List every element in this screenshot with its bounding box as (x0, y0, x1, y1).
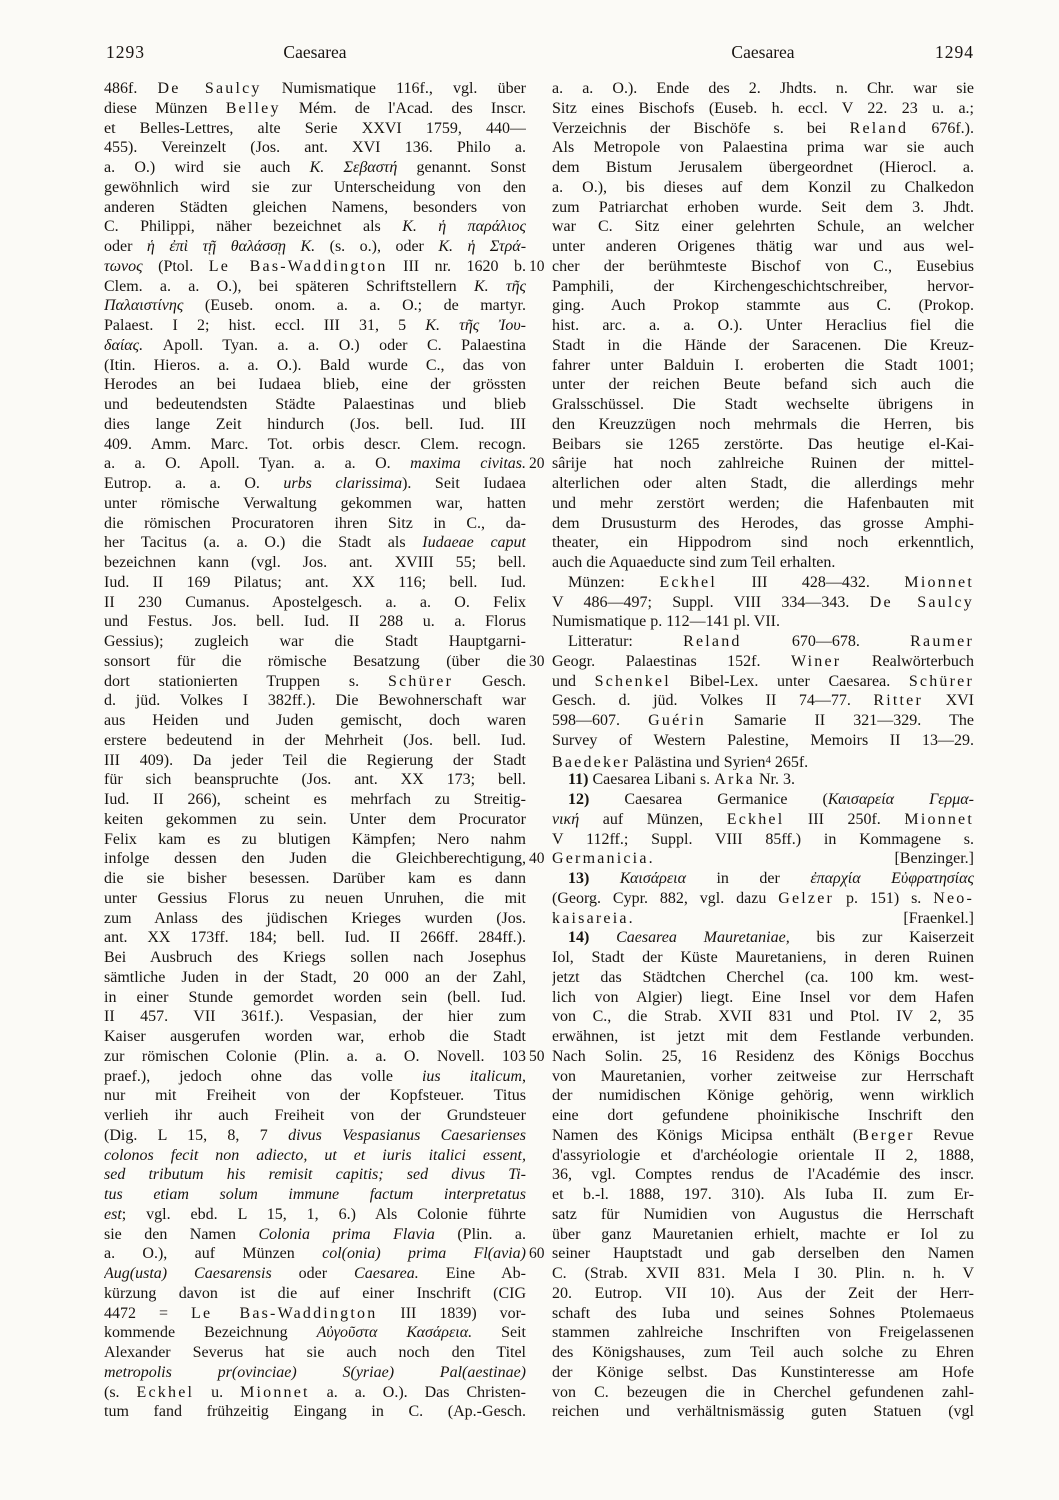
line-number: 10 (529, 257, 545, 277)
text-line: Als Metropole von Palaestina prima war s… (552, 138, 974, 158)
text-line: und mehr zerstört werden; die Hafenbaute… (552, 494, 974, 514)
text-line: d. jüd. Volkes I 382ff.). Die Bewohnersc… (104, 691, 526, 711)
text-line: et b.-l. 1888, 197. 310). Als Iuba II. z… (552, 1185, 974, 1205)
text-line: dem Drususturm des Herodes, das grosse A… (552, 514, 974, 534)
text-line: Münzen: Eckhel III 428—432. Mionnet (552, 573, 974, 593)
text-line: eine dort gefundene phoinikische Inschri… (552, 1106, 974, 1126)
text-line: a. a. O.). Ende des 2. Jhdts. n. Chr. wa… (552, 79, 974, 99)
text-line: a. O.) wird sie auch K. Σεβαστή genannt.… (104, 158, 526, 178)
column-right: a. a. O.). Ende des 2. Jhdts. n. Chr. wa… (552, 79, 974, 1422)
text-line: sämtliche Juden in der Stadt, 20 000 an … (104, 968, 526, 988)
text-line: Eutrop. a. a. O. urbs clarissima). Seit … (104, 474, 526, 494)
text-line: zum Anlass des jüdischen Krieges wurden … (104, 909, 526, 929)
text-line: C. Philippi, näher bezeichnet als K. ἡ π… (104, 217, 526, 237)
text-line: unter römische Verwaltung gekommen war, … (104, 494, 526, 514)
text-line: sârije hat noch zahlreiche Ruinen der mi… (552, 454, 974, 474)
text-line: diese Münzen Belley Mém. de l'Acad. des … (104, 99, 526, 119)
running-title-left: Caesarea (104, 42, 526, 63)
text-line: 14) Caesarea Mauretaniae, bis zur Kaiser… (552, 928, 974, 948)
column-left: 486f. De Saulcy Numismatique 116f., vgl.… (104, 79, 526, 1422)
text-line: gewöhnlich wird sie zur Unterscheidung v… (104, 178, 526, 198)
text-line: praef.), jedoch ohne das volle ius itali… (104, 1067, 526, 1087)
text-line: die sie bisher besessen. Darüber kam es … (104, 869, 526, 889)
text-line: Namen des Königs Micipsa enthält (Berger… (552, 1126, 974, 1146)
text-line: jetzt das Städtchen Cherchel (ca. 100 km… (552, 968, 974, 988)
text-line: und bedeutendsten Städte Palaestinas und… (104, 395, 526, 415)
text-line: Aug(usta) Caesarensis oder Caesarea. Ein… (104, 1264, 526, 1284)
text-line: stammen zahlreiche Inschriften von Freig… (552, 1323, 974, 1343)
text-line: infolge dessen den Juden die Gleichberec… (104, 849, 526, 869)
line-number: 20 (529, 454, 545, 474)
line-number: 60 (529, 1244, 545, 1264)
text-line: 20. Eutrop. VII 10). Aus der Zeit der He… (552, 1284, 974, 1304)
text-line: nur mit Freiheit von der Kopfsteuer. Tit… (104, 1086, 526, 1106)
line-number: 50 (529, 1047, 545, 1067)
text-line: bezeichnen kann (vgl. Jos. ant. XVIII 55… (104, 553, 526, 573)
text-line: Litteratur: Reland 670—678. Raumer (552, 632, 974, 652)
text-line: die römischen Procuratoren ihren Sitz in… (104, 514, 526, 534)
text-line: Παλαιστίνης (Euseb. onom. a. a. O.; de m… (104, 296, 526, 316)
text-line: ant. XX 173ff. 184; bell. Iud. II 266ff.… (104, 928, 526, 948)
text-line: 4472 = Le Bas-Waddington III 1839) vor- (104, 1304, 526, 1324)
text-line: und Festus. Jos. bell. Iud. II 288 u. a.… (104, 612, 526, 632)
text-line: Bei Ausbruch des Kriegs sollen nach Jose… (104, 948, 526, 968)
text-line: von Mauretanien, vorher zeitweise zur He… (552, 1067, 974, 1087)
text-line: cher der berühmteste Bischof von C., Eus… (552, 257, 974, 277)
text-line: dem Bistum Jerusalem übergeordnet (Hiero… (552, 158, 974, 178)
text-line: Iud. II 169 Pilatus; ant. XX 116; bell. … (104, 573, 526, 593)
text-line: Germanicia. [Benzinger.] (552, 849, 974, 869)
text-line: tum fand frühzeitig Eingang in C. (Ap.-G… (104, 1402, 526, 1422)
text-line: a. O.), auf Münzen col(onia) prima Fl(av… (104, 1244, 526, 1264)
text-line: unter der reichen Beute befand sich auch… (552, 375, 974, 395)
text-line: oder ἡ ἐπὶ τῇ θαλάσσῃ K. (s. o.), oder K… (104, 237, 526, 257)
text-line: ging. Auch Prokop stammte aus C. (Prokop… (552, 296, 974, 316)
text-line: Verzeichnis der Bischöfe s. bei Reland 6… (552, 119, 974, 139)
text-line: dies lange Zeit hindurch (Jos. bell. Iud… (104, 415, 526, 435)
text-line: satz für Numidien von Augustus die Herrs… (552, 1205, 974, 1225)
text-line: erwähnen, ist jetzt mit dem Festlande ve… (552, 1027, 974, 1047)
text-line: νική auf Münzen, Eckhel III 250f. Mionne… (552, 810, 974, 830)
text-line: metropolis pr(ovinciae) S(yriae) Pal(aes… (104, 1363, 526, 1383)
text-line: Gralsschüssel. Die Stadt wechselte übrig… (552, 395, 974, 415)
text-line: Kaiser ausgerufen worden war, erhob die … (104, 1027, 526, 1047)
text-line: 11) Caesarea Libani s. Arka Nr. 3. (552, 770, 974, 790)
line-number: 30 (529, 652, 545, 672)
text-line: V 112ff.; Suppl. VIII 85ff.) in Kommagen… (552, 830, 974, 850)
text-line: aus Heiden und Juden gemischt, doch ware… (104, 711, 526, 731)
text-line: Iol, Stadt der Küste Mauretaniens, in de… (552, 948, 974, 968)
text-line: in einer Stunde gemordet worden sein (be… (104, 988, 526, 1008)
text-line: über ganz Mauretanien erhielt, machte er… (552, 1225, 974, 1245)
text-line: 36, vgl. Comptes rendus de l'Académie de… (552, 1165, 974, 1185)
text-line: fahrer unter Balduin I. eroberten die St… (552, 356, 974, 376)
text-line: anderen Städten gleichen Namens, besonde… (104, 198, 526, 218)
text-line: (Dig. L 15, 8, 7 divus Vespasianus Caesa… (104, 1126, 526, 1146)
text-block: 486f. De Saulcy Numismatique 116f., vgl.… (104, 79, 974, 1422)
text-line: Iud. II 266), scheint es mehrfach zu Str… (104, 790, 526, 810)
text-line: a. O.), bis dieses auf dem Konzil zu Cha… (552, 178, 974, 198)
text-line: kommende Bezeichnung Αὐγοῦστα Κασάρεια. … (104, 1323, 526, 1343)
text-line: V 486—497; Suppl. VIII 334—343. De Saulc… (552, 593, 974, 613)
text-line: schaft des Iuba und seines Sohnes Ptolem… (552, 1304, 974, 1324)
text-line: 12) Caesarea Germanice (Καισαρεία Γερμα- (552, 790, 974, 810)
text-line: Survey of Western Palestine, Memoirs II … (552, 731, 974, 751)
text-line: sie den Namen Colonia prima Flavia (Plin… (104, 1225, 526, 1245)
text-line: zum Patriarchat erhoben wurde. Seit dem … (552, 198, 974, 218)
text-line: (s. Eckhel u. Mionnet a. a. O.). Das Chr… (104, 1383, 526, 1403)
text-line: dort stationierten Truppen s. Schürer Ge… (104, 672, 526, 692)
text-line: 486f. De Saulcy Numismatique 116f., vgl.… (104, 79, 526, 99)
text-line: Geogr. Palaestinas 152f. Winer Realwörte… (552, 652, 974, 672)
text-line: hist. arc. a. a. O.). Unter Heraclius fi… (552, 316, 974, 336)
page-header: 1293 Caesarea Caesarea 1294 (104, 42, 974, 66)
text-line: seiner Hauptstadt und gab derselben den … (552, 1244, 974, 1264)
text-line: (Itin. Hieros. a. a. O.). Bald wurde C.,… (104, 356, 526, 376)
page-number-right: 1294 (552, 42, 974, 63)
text-line: für sich beanspruchte (Jos. ant. XX 173;… (104, 770, 526, 790)
text-line: Gessius); zugleich war die Stadt Hauptga… (104, 632, 526, 652)
text-line: kaisareia. [Fraenkel.] (552, 909, 974, 929)
text-line: Nach Solin. 25, 16 Residenz des Königs B… (552, 1047, 974, 1067)
text-line: keiten gekommen zu sein. Unter dem Procu… (104, 810, 526, 830)
text-line: colonos fecit non adiecto, ut et iuris i… (104, 1146, 526, 1166)
text-line: alterlichen oder alten Stadt, die allerd… (552, 474, 974, 494)
text-line: a. a. O. Apoll. Tyan. a. a. O. maxima ci… (104, 454, 526, 474)
text-line: her Tacitus (a. a. O.) die Stadt als Iud… (104, 533, 526, 553)
text-line: lich von Algier) liegt. Eine Insel vor d… (552, 988, 974, 1008)
text-line: sonsort für die römische Besatzung (über… (104, 652, 526, 672)
text-line: Gesch. d. jüd. Volkes II 74—77. Ritter X… (552, 691, 974, 711)
text-line: tus etiam solum immune factum interpreta… (104, 1185, 526, 1205)
text-line: der Könige selbst. Das Kunstinteresse am… (552, 1363, 974, 1383)
text-line: auch die Aquaeducte sind zum Teil erhalt… (552, 553, 974, 573)
text-line: unter anderen Origenes thätig war und au… (552, 237, 974, 257)
text-line: 598—607. Guérin Samarie II 321—329. The (552, 711, 974, 731)
text-line: δαίας. Apoll. Tyan. a. a. O.) oder C. Pa… (104, 336, 526, 356)
text-line: den Kreuzzügen noch mehrmals die Herren,… (552, 415, 974, 435)
text-line: der numidischen Könige gehörig, wenn wir… (552, 1086, 974, 1106)
text-line: 455). Vereinzelt (Jos. ant. XVI 136. Phi… (104, 138, 526, 158)
text-line: et Belles-Lettres, alte Serie XXVI 1759,… (104, 119, 526, 139)
text-line: zur römischen Colonie (Plin. a. a. O. No… (104, 1047, 526, 1067)
text-line: von C., die Strab. XVII 831 und Ptol. IV… (552, 1007, 974, 1027)
text-line: erstere bedeutend in der Mehrheit (Jos. … (104, 731, 526, 751)
text-line: Baedeker Palästina und Syrien4 265f. (552, 751, 974, 771)
text-line: kürzung davon ist die auf einer Inschrif… (104, 1284, 526, 1304)
text-line: II 230 Cumanus. Apostelgesch. a. a. O. F… (104, 593, 526, 613)
text-line: τωνος (Ptol. Le Bas-Waddington III nr. 1… (104, 257, 526, 277)
text-line: reichen und verhältnismässig guten Statu… (552, 1402, 974, 1422)
text-line: Clem. a. a. O.), bei späteren Schriftste… (104, 277, 526, 297)
text-line: est; vgl. ebd. L 15, 1, 6.) Als Colonie … (104, 1205, 526, 1225)
line-number-gutter: 102030405060 (526, 79, 552, 1422)
text-line: verlieh ihr auch Freiheit von der Grunds… (104, 1106, 526, 1126)
scanned-page: 1293 Caesarea Caesarea 1294 486f. De Sau… (0, 0, 1059, 1500)
text-line: Pamphili, der Kirchengeschichtschreiber,… (552, 277, 974, 297)
text-line: d'assyriologie et d'archéologie oriental… (552, 1146, 974, 1166)
text-line: des Königshauses, zum Teil auch solche z… (552, 1343, 974, 1363)
text-line: Felix kam es zu blutigen Kämpfen; Nero n… (104, 830, 526, 850)
text-line: von C. bezeugen die in Cherchel gefunden… (552, 1383, 974, 1403)
text-line: Herodes an bei Iudaea blieb, eine der gr… (104, 375, 526, 395)
text-line: (Georg. Cypr. 882, vgl. dazu Gelzer p. 1… (552, 889, 974, 909)
text-line: C. (Strab. XVII 831. Mela I 30. Plin. n.… (552, 1264, 974, 1284)
text-line: Beibars sie 1265 zerstörte. Das heutige … (552, 435, 974, 455)
text-line: theater, ein Hippodrom sind noch erkennt… (552, 533, 974, 553)
text-line: unter Gessius Florus zu neuen Unruhen, d… (104, 889, 526, 909)
text-line: 409. Amm. Marc. Tot. orbis descr. Clem. … (104, 435, 526, 455)
text-line: sed tributum his remisit capitis; sed di… (104, 1165, 526, 1185)
line-number: 40 (529, 849, 545, 869)
text-line: 13) Καισάρεια in der ἐπαρχία Εὐφρατησίας (552, 869, 974, 889)
text-line: war C. Sitz einer gelehrten Schule, an w… (552, 217, 974, 237)
text-line: und Schenkel Bibel-Lex. unter Caesarea. … (552, 672, 974, 692)
text-line: Numismatique p. 112—141 pl. VII. (552, 612, 974, 632)
text-line: Alexander Severus hat sie auch noch den … (104, 1343, 526, 1363)
text-line: Sitz eines Bischofs (Euseb. h. eccl. V 2… (552, 99, 974, 119)
text-line: III 409). Da jeder Teil die Regierung de… (104, 751, 526, 771)
text-line: Stadt in die Hände der Saracenen. Die Kr… (552, 336, 974, 356)
text-line: II 457. VII 361f.). Vespasian, der hier … (104, 1007, 526, 1027)
text-line: Palaest. I 2; hist. eccl. III 31, 5 K. τ… (104, 316, 526, 336)
